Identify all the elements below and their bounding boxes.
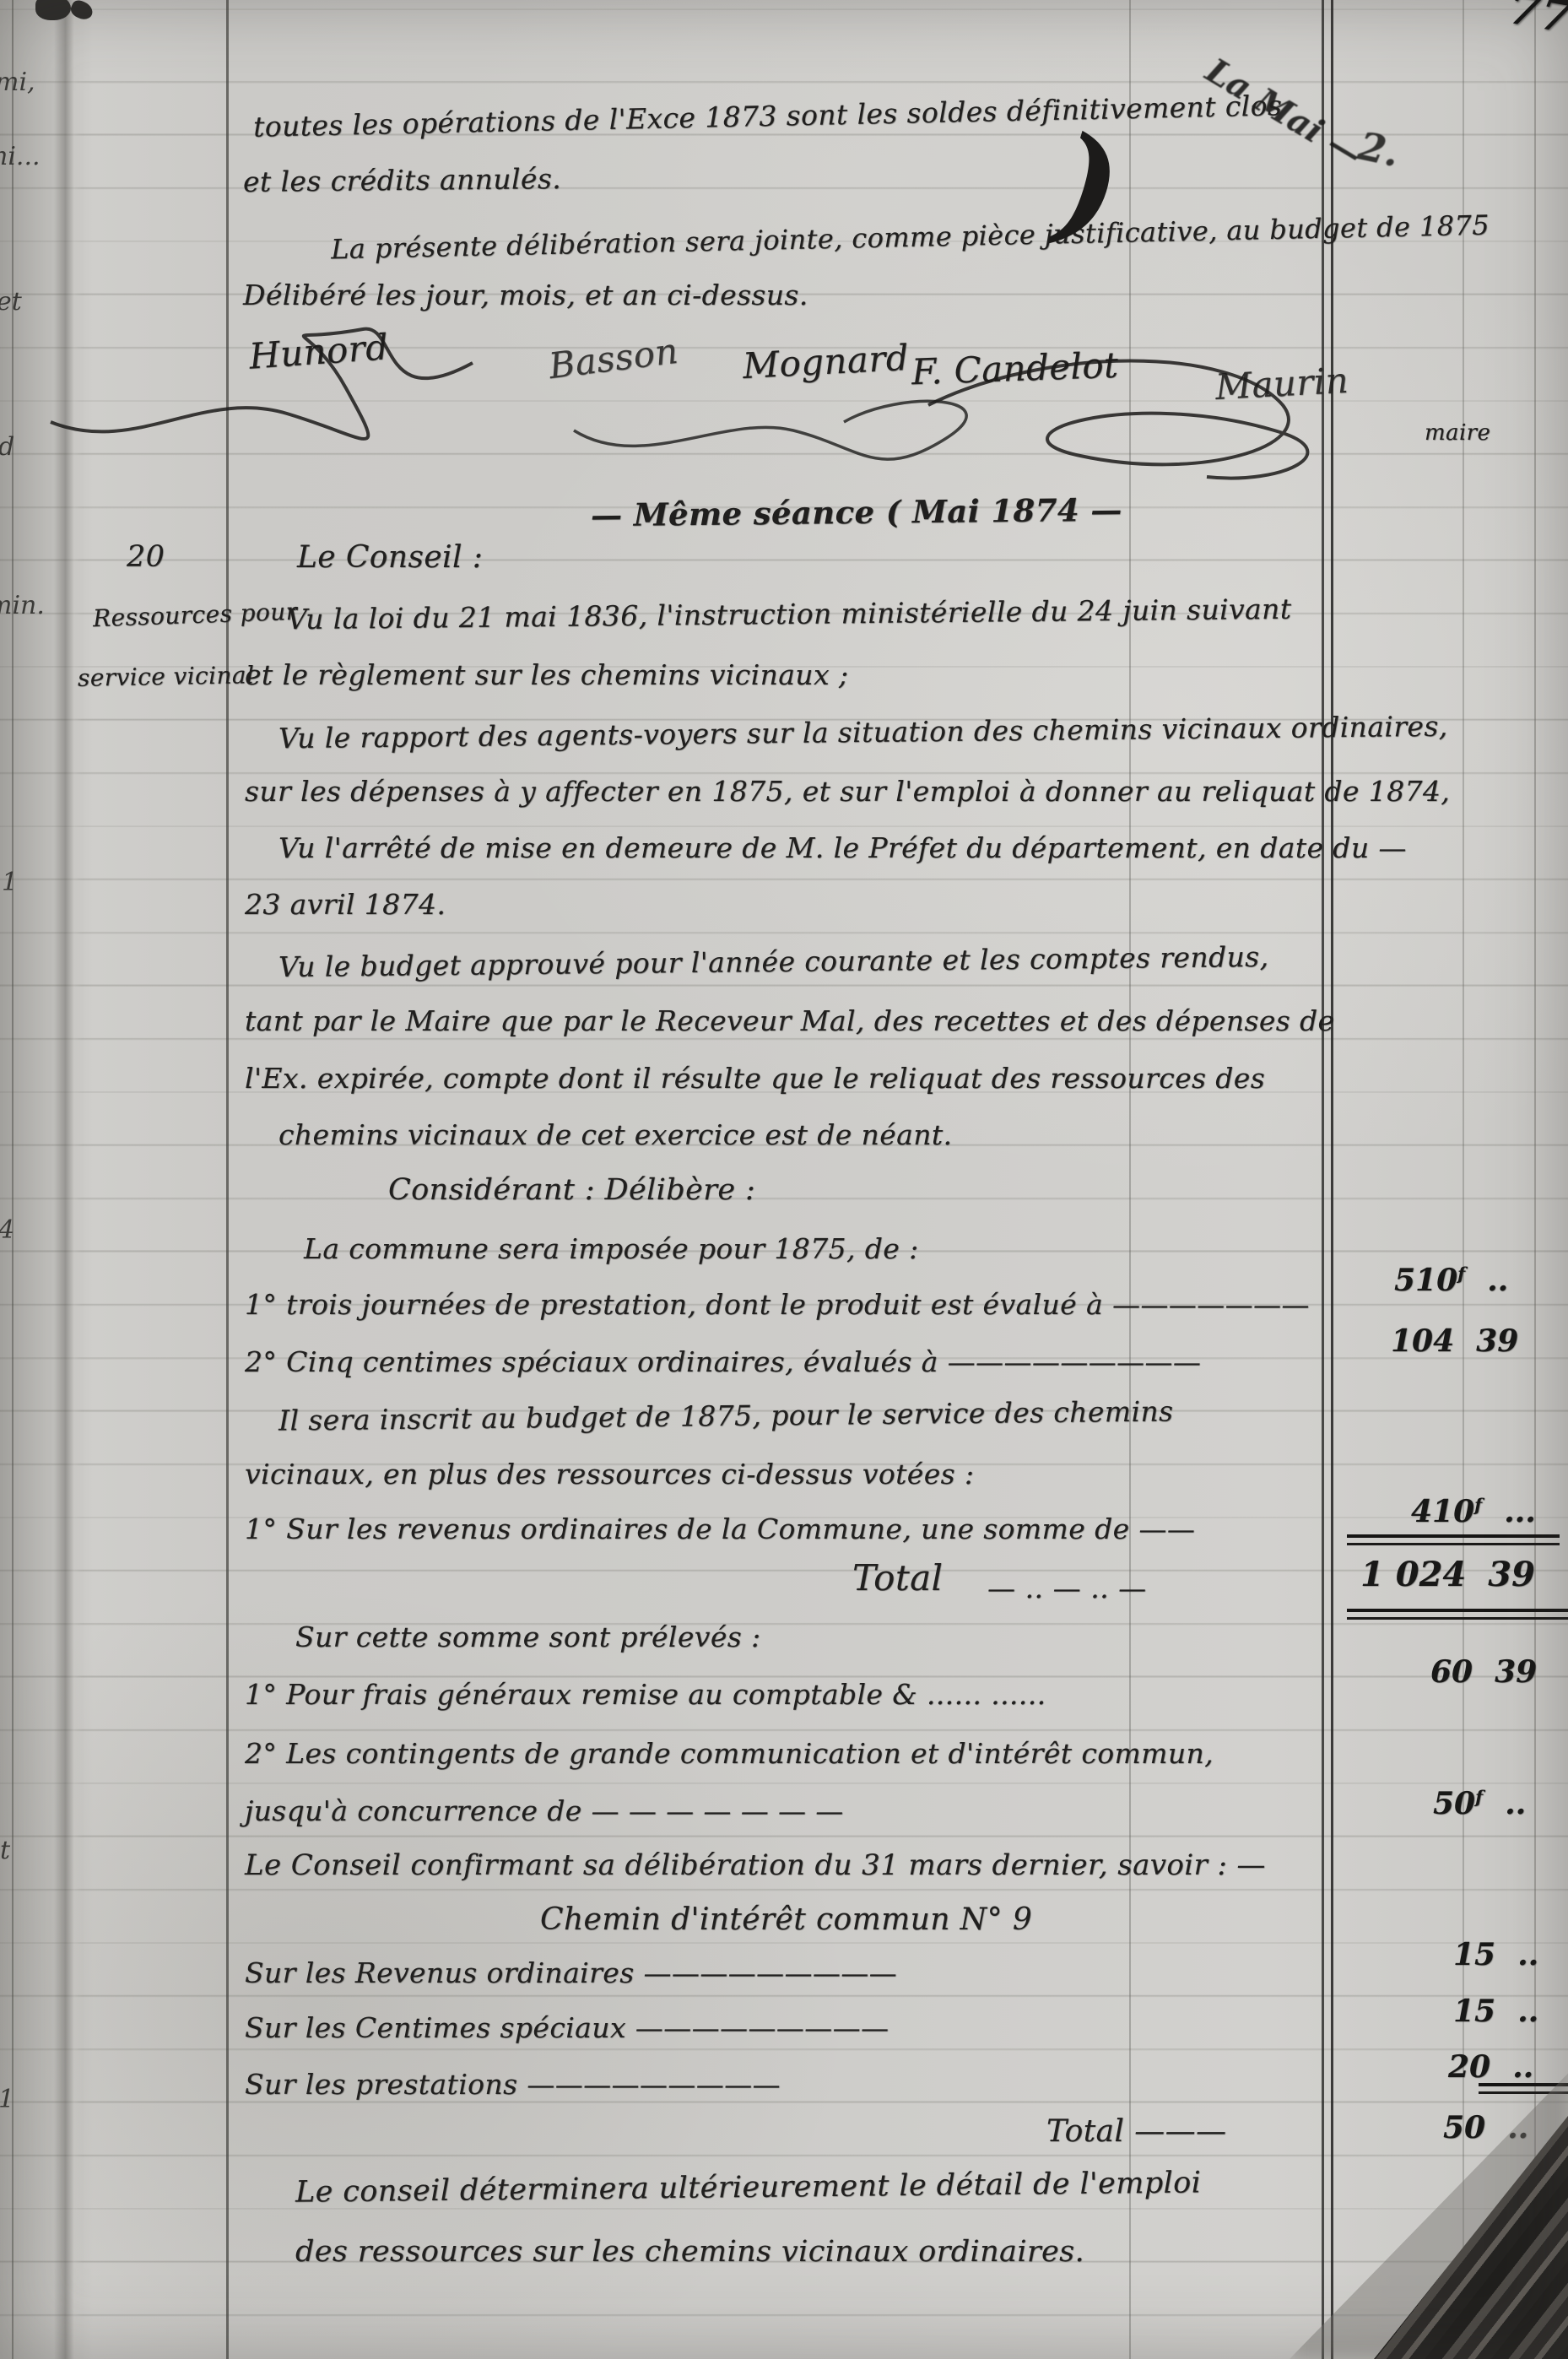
binding-crease <box>54 0 83 2359</box>
page-number: 77 <box>1505 0 1568 44</box>
manuscript-line: sur les dépenses à y affecter en 1875, e… <box>245 775 1450 808</box>
margin-entry-number: 20 <box>127 540 165 574</box>
manuscript-line: et les crédits annulés. <box>243 162 561 198</box>
manuscript-line: La commune sera imposée pour 1875, de : <box>304 1232 919 1265</box>
manuscript-line: 1° Pour frais généraux remise au comptab… <box>245 1678 1046 1711</box>
faint-column-rule <box>1129 0 1131 2359</box>
manuscript-line: Le conseil déterminera ultérieurement le… <box>295 2166 1202 2209</box>
left-edge-rule <box>12 0 14 2359</box>
manuscript-line: toutes les opérations de l'Exce 1873 son… <box>253 89 1283 143</box>
margin-rule <box>226 0 229 2359</box>
corner-annotation: La Mai — <box>1199 51 1567 294</box>
signature: Hunord <box>247 326 389 376</box>
margin-note-line: service vicinal <box>78 661 255 692</box>
manuscript-line: 1° trois journées de prestation, dont le… <box>245 1288 1310 1321</box>
signature-title: maire <box>1425 420 1490 446</box>
manuscript-line: tant par le Maire que par le Receveur Ma… <box>245 1004 1334 1037</box>
signature: Basson <box>547 330 681 387</box>
amount-revenus: 410f... <box>1411 1494 1536 1529</box>
manuscript-line: Sur les prestations ————————— <box>245 2068 781 2101</box>
edge-fragment: 1 <box>0 2085 14 2114</box>
manuscript-line: Vu le budget approuvé pour l'année coura… <box>278 940 1269 983</box>
manuscript-line: Vu l'arrêté de mise en demeure de M. le … <box>278 831 1407 864</box>
manuscript-line: Le Conseil confirmant sa délibération du… <box>245 1848 1266 1882</box>
margin-note-line: Ressources pour <box>92 598 297 632</box>
manuscript-line: Sur cette somme sont prélevés : <box>295 1620 761 1653</box>
manuscript-line: Sur les Revenus ordinaires ————————— <box>245 1956 897 1989</box>
amount-centimes: 10439 <box>1391 1323 1518 1359</box>
manuscript-line: des ressources sur les chemins vicinaux … <box>295 2235 1084 2269</box>
manuscript-line: Délibéré les jour, mois, et an ci-dessus… <box>243 279 808 311</box>
manuscript-line: Sur les Centimes spéciaux ————————— <box>245 2011 889 2044</box>
edge-fragment: t <box>0 1836 10 1865</box>
manuscript-line: vicinaux, en plus des ressources ci-dess… <box>245 1458 974 1491</box>
chemin-heading: Chemin d'intérêt commun N° 9 <box>540 1902 1032 1937</box>
manuscript-line: 23 avril 1874. <box>245 888 446 921</box>
amount-prestations: 510f.. <box>1394 1263 1508 1298</box>
manuscript-line: Vu le rapport des agents-voyers sur la s… <box>278 710 1448 755</box>
manuscript-line: Considérant : Délibère : <box>388 1173 755 1207</box>
amount-contingents: 50f.. <box>1433 1786 1526 1821</box>
manuscript-line: et le règlement sur les chemins vicinaux… <box>245 658 848 691</box>
total-dash-fill: — ‥ — ‥ — <box>987 1572 1147 1604</box>
edge-fragment: min. <box>0 591 45 620</box>
signature: Mognard <box>742 337 910 387</box>
amount-prestations-chemin: 20.. <box>1448 2049 1533 2085</box>
edge-fragment: mi, <box>0 68 35 97</box>
amount-centimes-speciaux: 15.. <box>1453 1994 1538 2029</box>
edge-fragment: 4 <box>0 1215 14 1245</box>
manuscript-line: 2° Cinq centimes spéciaux ordinaires, év… <box>245 1345 1201 1378</box>
manuscript-line: Il sera inscrit au budget de 1875, pour … <box>278 1394 1174 1437</box>
manuscript-line: La présente délibération sera jointe, co… <box>331 209 1490 266</box>
manuscript-line: jusqu'à concurrence de — — — — — — — <box>245 1794 844 1827</box>
manuscript-line: chemins vicinaux de cet exercice est de … <box>278 1118 952 1151</box>
session-heading: — Même séance ( Mai 1874 — <box>591 491 1122 534</box>
money-column-rule-outer <box>1322 0 1324 2359</box>
manuscript-line: l'Ex. expirée, compte dont il résulte qu… <box>245 1062 1265 1095</box>
amount-revenus-ordinaires: 15.. <box>1453 1937 1538 1972</box>
edge-fragment: d <box>0 432 14 462</box>
total-rule-bottom <box>1347 1609 1568 1620</box>
register-page: 77 2. La Mai — toutes les opérations de … <box>0 0 1568 2359</box>
total-label: Total ——— <box>1046 2114 1226 2149</box>
signature: F. Candelot <box>911 344 1119 393</box>
edge-fragment: et <box>0 287 22 317</box>
amount-total: 1 02439 <box>1360 1555 1535 1594</box>
manuscript-line: Vu la loi du 21 mai 1836, l'instruction … <box>287 592 1292 636</box>
money-column-rule-inner <box>1331 0 1333 2359</box>
total-rule-top <box>1347 1534 1560 1545</box>
manuscript-line: 1° Sur les revenus ordinaires de la Comm… <box>245 1512 1195 1545</box>
amount-frais: 6039 <box>1430 1654 1537 1690</box>
manuscript-line: Le Conseil : <box>297 540 483 575</box>
total-label: Total <box>852 1557 943 1599</box>
manuscript-line: 2° Les contingents de grande communicati… <box>245 1737 1214 1770</box>
edge-fragment: 1 <box>2 868 18 897</box>
edge-fragment: ni... <box>0 142 41 171</box>
signature: Maurin <box>1214 360 1349 408</box>
